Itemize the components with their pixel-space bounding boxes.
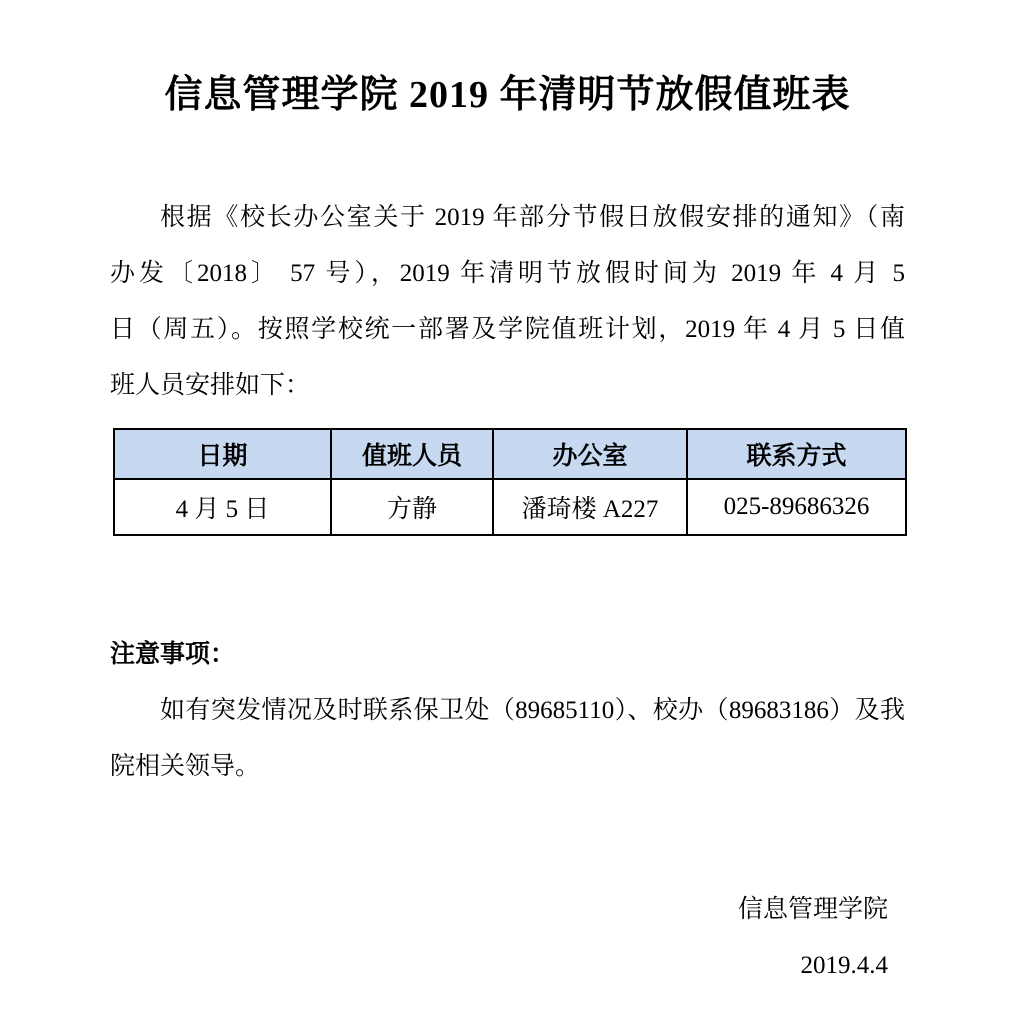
signature-name: 信息管理学院 <box>110 882 888 938</box>
notes-paragraph: 如有突发情况及时联系保卫处（89685110）、校办（89683186）及我 院… <box>110 683 905 795</box>
intro-line: 根据《校长办公室关于 2019 年部分节假日放假安排的通知》（南 <box>110 190 905 246</box>
cell-office: 潘琦楼 A227 <box>493 479 687 535</box>
document-page: 信息管理学院 2019 年清明节放假值班表 根据《校长办公室关于 2019 年部… <box>0 0 1015 1034</box>
intro-paragraph: 根据《校长办公室关于 2019 年部分节假日放假安排的通知》（南 办发〔2018… <box>110 190 905 414</box>
intro-line: 班人员安排如下： <box>110 358 905 414</box>
cell-contact: 025-89686326 <box>687 479 906 535</box>
table-header-row: 日期 值班人员 办公室 联系方式 <box>114 429 906 479</box>
intro-line: 办发〔2018〕 57 号），2019 年清明节放假时间为 2019 年 4 月… <box>110 246 905 302</box>
notes-heading: 注意事项： <box>110 627 905 683</box>
intro-line: 日（周五）。按照学校统一部署及学院值班计划，2019 年 4 月 5 日值 <box>110 302 905 358</box>
cell-date: 4 月 5 日 <box>114 479 331 535</box>
table-row: 4 月 5 日 方静 潘琦楼 A227 025-89686326 <box>114 479 906 535</box>
duty-roster-table: 日期 值班人员 办公室 联系方式 4 月 5 日 方静 潘琦楼 A227 025… <box>113 428 907 536</box>
header-person: 值班人员 <box>331 429 493 479</box>
header-date: 日期 <box>114 429 331 479</box>
document-title: 信息管理学院 2019 年清明节放假值班表 <box>110 72 905 118</box>
header-office: 办公室 <box>493 429 687 479</box>
notes-line: 院相关领导。 <box>110 739 905 795</box>
signature-block: 信息管理学院 2019.4.4 <box>110 882 905 994</box>
cell-person: 方静 <box>331 479 493 535</box>
notes-line: 如有突发情况及时联系保卫处（89685110）、校办（89683186）及我 <box>110 683 905 739</box>
header-contact: 联系方式 <box>687 429 906 479</box>
signature-date: 2019.4.4 <box>110 938 888 994</box>
